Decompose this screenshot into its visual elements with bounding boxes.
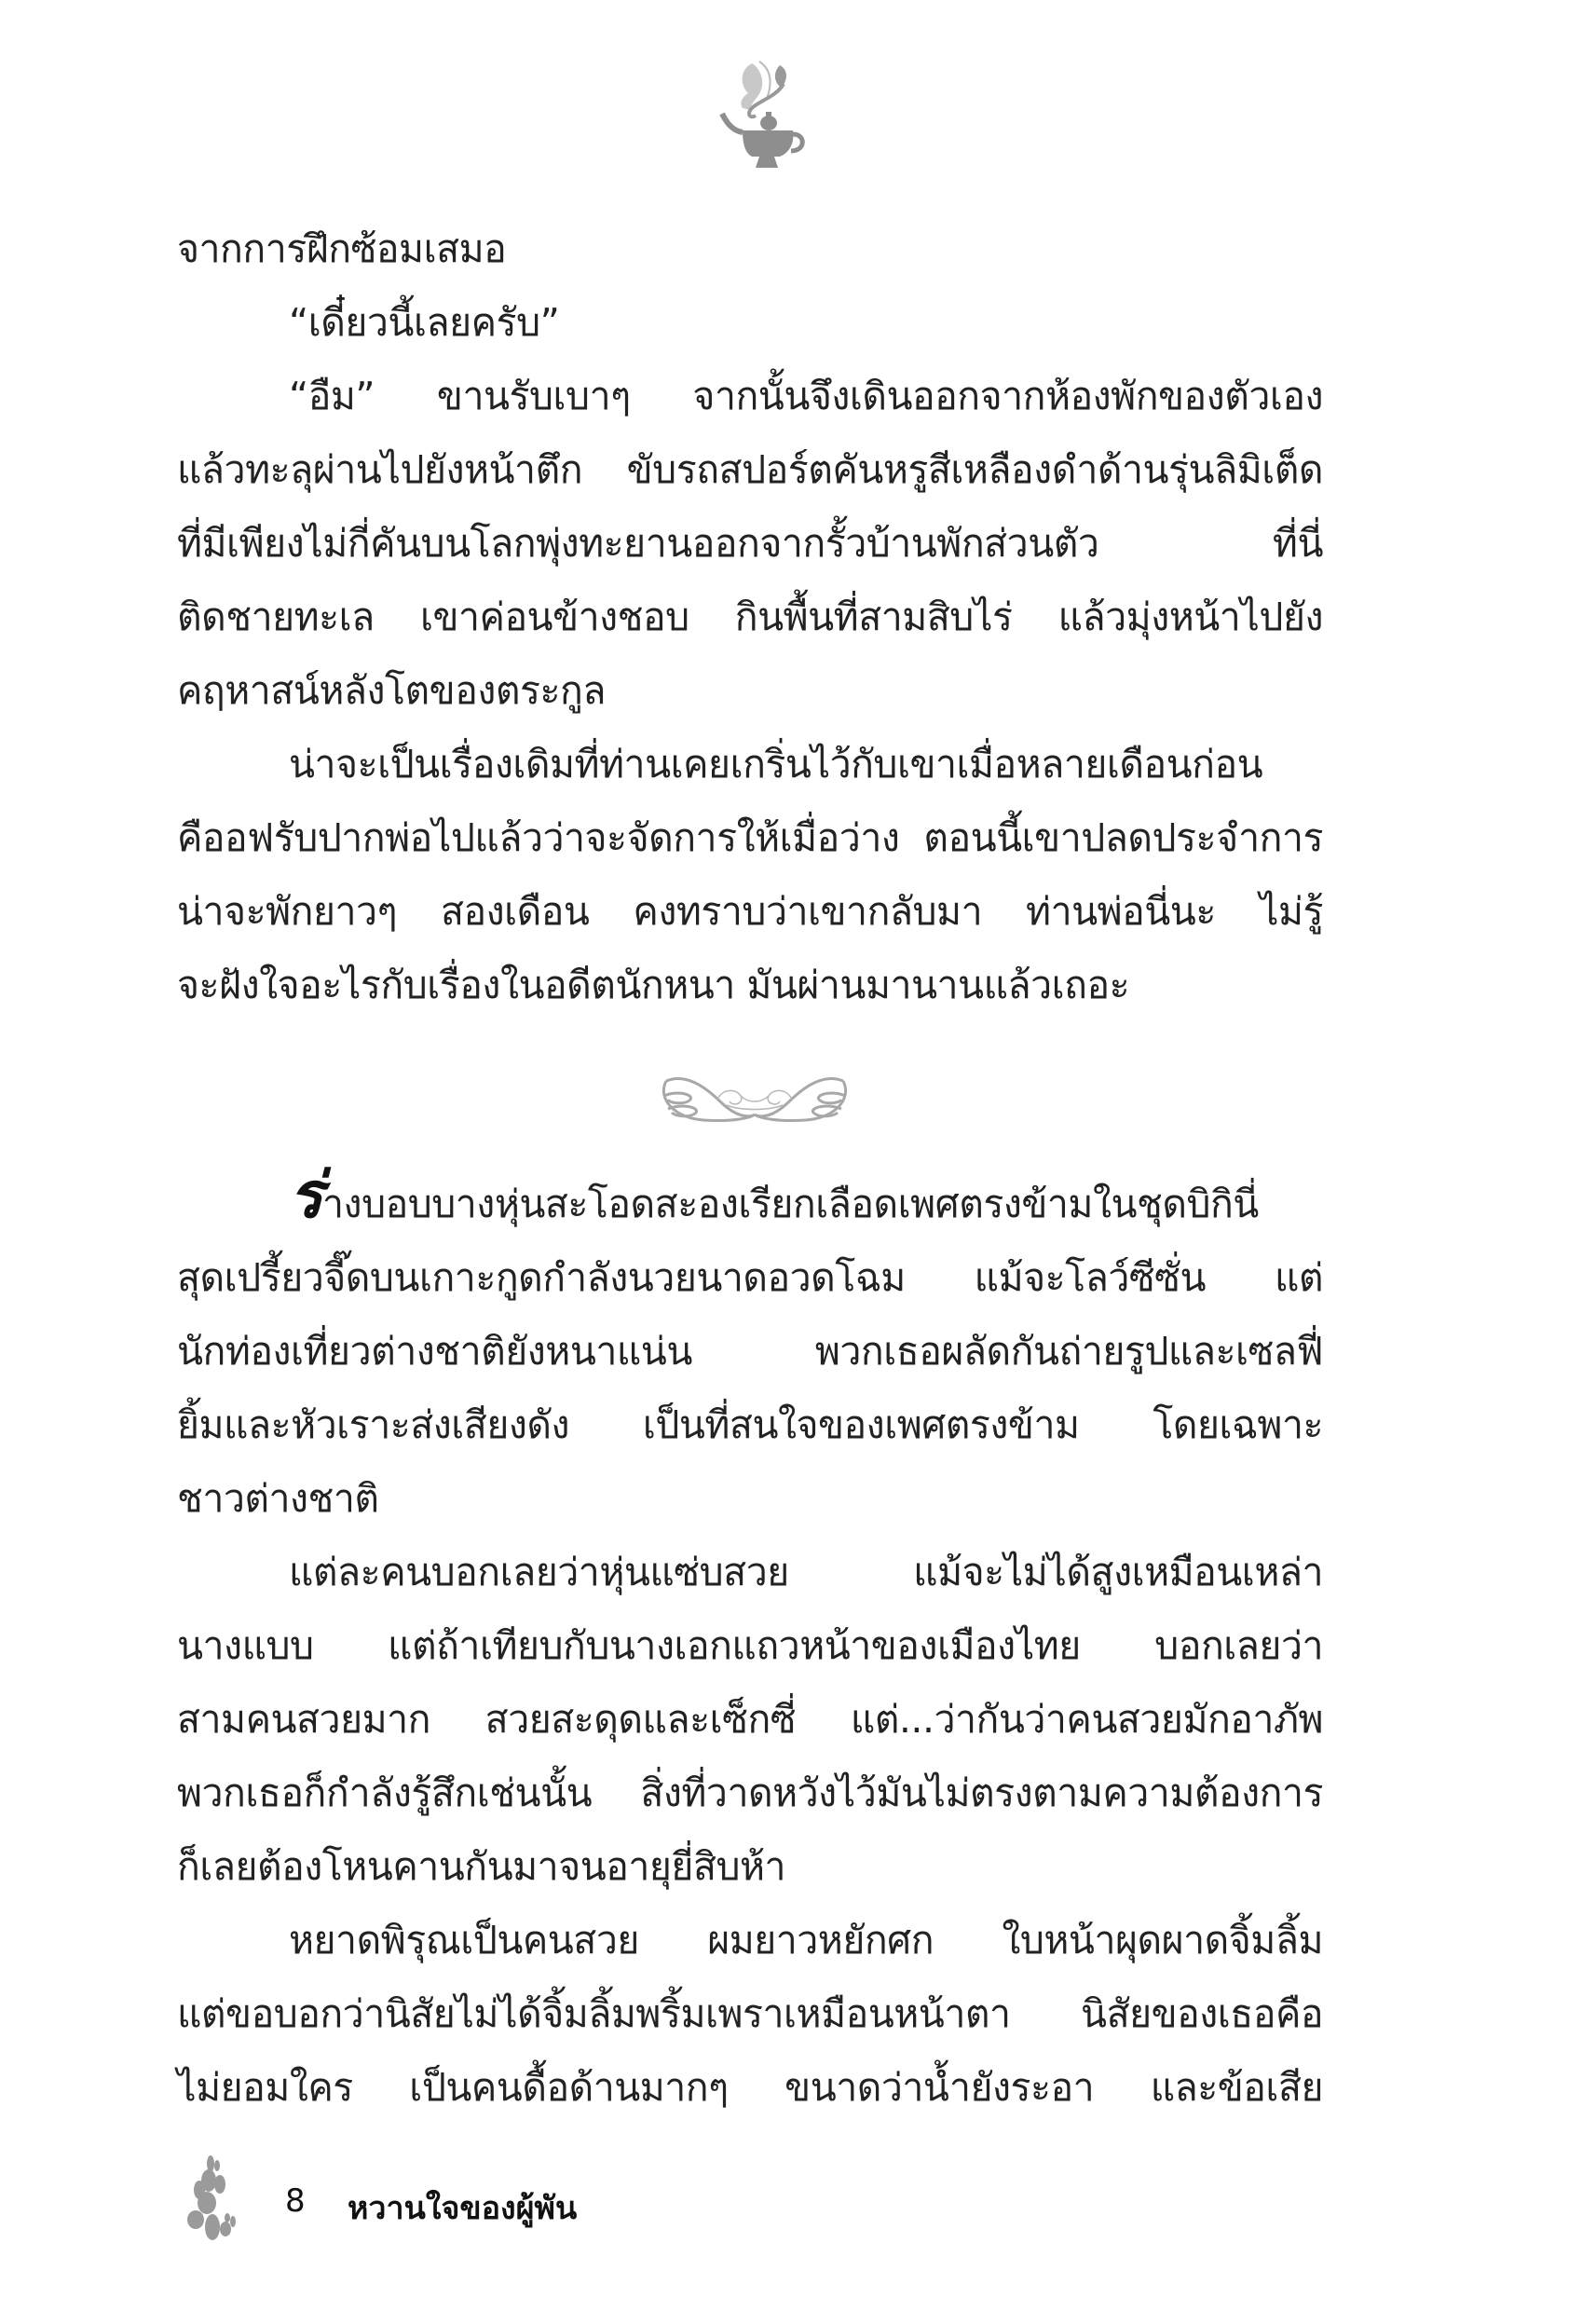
book-page: จากการฝึกซ้อมเสมอ “เดี๋ยวนี้เลยครับ” “อื… <box>0 0 1596 2311</box>
text-line: จากการฝึกซ้อมเสมอ <box>177 212 1323 286</box>
page-footer: 8 หวานใจของผู้พัน <box>177 2143 736 2246</box>
text-line: ที่มีเพียงไม่กี่คันบนโลกพุ่งทะยานออกจากร… <box>177 507 1323 581</box>
text-line: น่าจะเป็นเรื่องเดิมที่ท่านเคยเกริ่นไว้กั… <box>177 728 1323 801</box>
cactus-icon <box>186 2153 242 2246</box>
text-line: แต่ละคนบอกเลยว่าหุ่นแซ่บสวย แม้จะไม่ได้ส… <box>177 1536 1323 1609</box>
text-line: หยาดพิรุณเป็นคนสวย ผมยาวหยักศก ใบหน้าผุด… <box>177 1904 1323 1977</box>
section-1-text: จากการฝึกซ้อมเสมอ “เดี๋ยวนี้เลยครับ” “อื… <box>177 212 1323 1022</box>
text-line: สุดเปรี้ยวจี๊ดบนเกาะกูดกำลังนวยนาดอวดโฉม… <box>177 1241 1323 1315</box>
cupid-teapot-icon <box>694 56 820 172</box>
text-line: ชาวต่างชาติ <box>177 1462 1323 1536</box>
page-number: 8 <box>285 2182 306 2220</box>
text-line: แต่ขอบอกว่านิสัยไม่ได้จิ้มลิ้มพริ้มเพราเ… <box>177 1977 1323 2051</box>
text-line: นักท่องเที่ยวต่างชาติยังหนาแน่น พวกเธอผล… <box>177 1315 1323 1388</box>
text-line: ยิ้มและหัวเราะส่งเสียงดัง เป็นที่สนใจของ… <box>177 1388 1323 1462</box>
text-line: ไม่ยอมใคร เป็นคนดื้อด้านมากๆ ขนาดว่าน้ำย… <box>177 2051 1323 2125</box>
text-line: พวกเธอก็กำลังรู้สึกเช่นนั้น สิ่งที่วาดหว… <box>177 1757 1323 1830</box>
text-line: ก็เลยต้องโหนคานกันมาจนอายุยี่สิบห้า <box>177 1830 1323 1904</box>
section-2-text: ร่างบอบบางหุ่นสะโอดสะองเรียกเลือดเพศตรงข… <box>177 1168 1323 2125</box>
text-line: นางแบบ แต่ถ้าเทียบกับนางเอกแถวหน้าของเมื… <box>177 1609 1323 1683</box>
drop-cap: ร่ <box>289 1159 322 1233</box>
text-line: จะฝังใจอะไรกับเรื่องในอดีตนักหนา มันผ่าน… <box>177 949 1323 1022</box>
text-line: สามคนสวยมาก สวยสะดุดและเซ็กซี่ แต่...ว่า… <box>177 1683 1323 1757</box>
text-line: คฤหาสน์หลังโตของตระกูล <box>177 654 1323 728</box>
text-line: “อืม” ขานรับเบาๆ จากนั้นจึงเดินออกจากห้อ… <box>177 360 1323 433</box>
wings-flourish-icon <box>648 1062 862 1137</box>
text-line: “เดี๋ยวนี้เลยครับ” <box>177 286 1323 360</box>
text-line: น่าจะพักยาวๆ สองเดือน คงทราบว่าเขากลับมา… <box>177 875 1323 949</box>
text-line: แล้วทะลุผ่านไปยังหน้าตึก ขับรถสปอร์ตคันห… <box>177 433 1323 507</box>
text-line-first: ร่างบอบบางหุ่นสะโอดสะองเรียกเลือดเพศตรงข… <box>177 1168 1323 1241</box>
text-line: ติดชายทะเล เขาค่อนข้างชอบ กินพื้นที่สามส… <box>177 581 1323 654</box>
first-line-rest: างบอบบางหุ่นสะโอดสะองเรียกเลือดเพศตรงข้า… <box>322 1182 1259 1226</box>
book-title: หวานใจของผู้พัน <box>348 2182 577 2233</box>
text-line: คืออฟรับปากพ่อไปแล้วว่าจะจัดการให้เมื่อว… <box>177 801 1323 875</box>
